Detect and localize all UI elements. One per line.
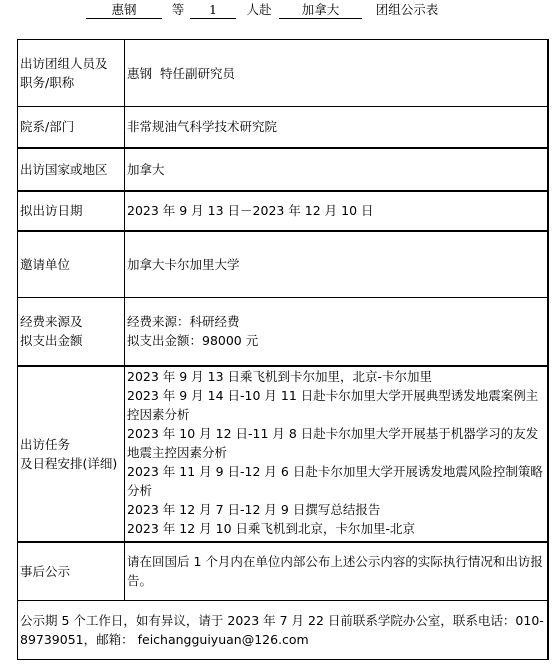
schedule-item: 2023 年 11 月 9 日-12 月 6 日赴卡尔加里大学开展诱发地震风险控… (127, 462, 545, 500)
form-title: 惠钢 等 1 人赴 加拿大 团组公示表 (0, 0, 558, 22)
title-suffix: 团组公示表 (372, 1, 442, 19)
schedule-label: 出访任务 及日程安排(详细) (18, 366, 125, 542)
row-members: 出访团组人员及 职务/职称 惠钢 特任副研究员 (18, 40, 549, 107)
title-name: 惠钢 (86, 1, 162, 19)
row-inviter: 邀请单位 加拿大卡尔加里大学 (18, 231, 549, 298)
department-label: 院系/部门 (18, 107, 125, 148)
row-country: 出访国家或地区 加拿大 (18, 148, 549, 191)
row-department: 院系/部门 非常规油气科学技术研究院 (18, 107, 549, 148)
title-destination: 加拿大 (279, 1, 362, 19)
funding-amount: 拟支出金额：98000 元 (127, 331, 545, 350)
schedule-item: 2023 年 12 月 10 日乘飞机到北京，卡尔加里-北京 (127, 519, 545, 538)
schedule-list: 2023 年 9 月 13 日乘飞机到卡尔加里，北京-卡尔加里 2023 年 9… (125, 366, 549, 542)
row-schedule: 出访任务 及日程安排(详细) 2023 年 9 月 13 日乘飞机到卡尔加里，北… (18, 366, 549, 542)
row-funding: 经费来源及 拟支出金额 经费来源：科研经费 拟支出金额：98000 元 (18, 298, 549, 366)
schedule-item: 2023 年 9 月 14 日-10 月 11 日赴卡尔加里大学开展典型诱发地震… (127, 386, 545, 424)
country-label: 出访国家或地区 (18, 148, 125, 191)
title-count: 1 (190, 1, 236, 19)
post-disclosure-value: 请在回国后 1 个月内在单位内部公布上述公示内容的实际执行情况和出访报告。 (125, 542, 549, 601)
row-footer: 公示期 5 个工作日，如有异议，请于 2023 年 7 月 22 日前联系学院办… (18, 601, 549, 660)
members-label: 出访团组人员及 职务/职称 (18, 40, 125, 107)
country-value: 加拿大 (125, 148, 549, 191)
funding-source: 经费来源：科研经费 (127, 312, 545, 331)
dates-label: 拟出访日期 (18, 191, 125, 231)
title-connector: 等 (170, 1, 186, 19)
schedule-item: 2023 年 10 月 12 日-11 月 8 日赴卡尔加里大学开展基于机器学习… (127, 424, 545, 462)
footer-notice: 公示期 5 个工作日，如有异议，请于 2023 年 7 月 22 日前联系学院办… (18, 601, 549, 660)
row-post-disclosure: 事后公示 请在回国后 1 个月内在单位内部公布上述公示内容的实际执行情况和出访报… (18, 542, 549, 601)
funding-value: 经费来源：科研经费 拟支出金额：98000 元 (125, 298, 549, 366)
schedule-item: 2023 年 9 月 13 日乘飞机到卡尔加里，北京-卡尔加里 (127, 367, 545, 386)
disclosure-table: 出访团组人员及 职务/职称 惠钢 特任副研究员 院系/部门 非常规油气科学技术研… (17, 39, 549, 660)
funding-label: 经费来源及 拟支出金额 (18, 298, 125, 366)
dates-value: 2023 年 9 月 13 日－2023 年 12 月 10 日 (125, 191, 549, 231)
post-disclosure-label: 事后公示 (18, 542, 125, 601)
row-dates: 拟出访日期 2023 年 9 月 13 日－2023 年 12 月 10 日 (18, 191, 549, 231)
department-value: 非常规油气科学技术研究院 (125, 107, 549, 148)
inviter-value: 加拿大卡尔加里大学 (125, 231, 549, 298)
inviter-label: 邀请单位 (18, 231, 125, 298)
title-connector-2: 人赴 (244, 1, 274, 19)
schedule-item: 2023 年 12 月 7 日-12 月 9 日撰写总结报告 (127, 500, 545, 519)
members-value: 惠钢 特任副研究员 (125, 40, 549, 107)
